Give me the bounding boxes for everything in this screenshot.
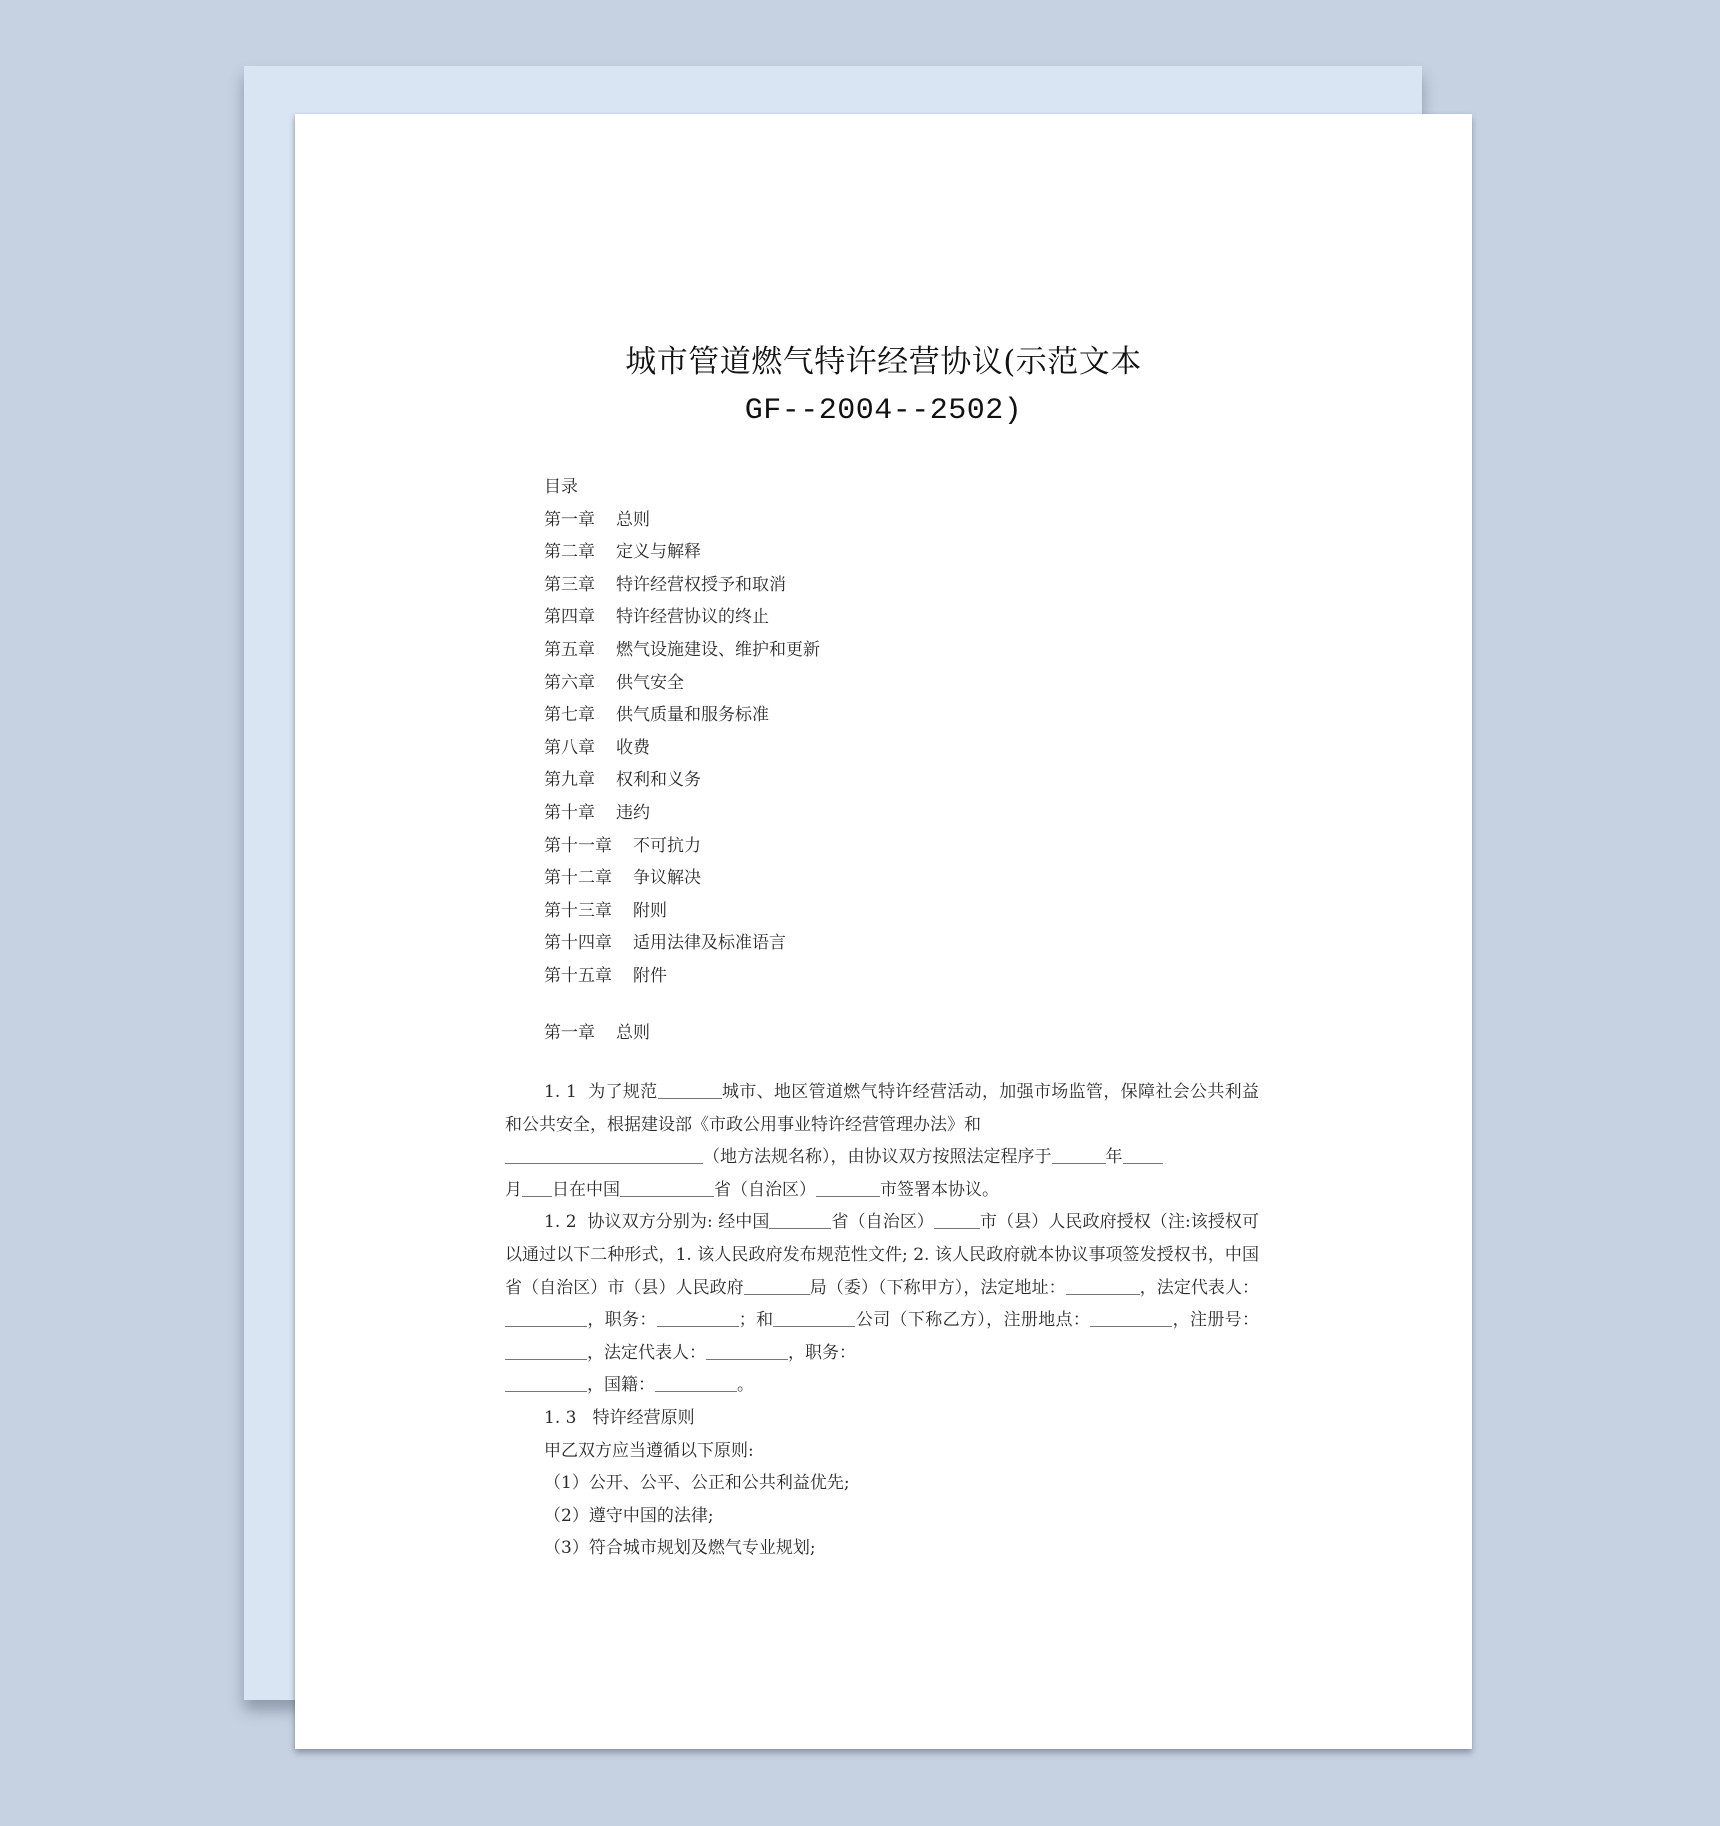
blank-field <box>655 1373 737 1392</box>
blank-field <box>522 1178 552 1197</box>
clause-1-2: 1. 2 协议双方分别为: 经中国省（自治区）市（县）人民政府授权（注:该授权可… <box>505 1206 1259 1402</box>
principle-item: （3）符合城市规划及燃气专业规划; <box>505 1532 1259 1565</box>
document-title: 城市管道燃气特许经营协议(示范文本 <box>295 336 1472 381</box>
principle-item: （2）遵守中国的法律; <box>505 1500 1259 1533</box>
blank-field <box>505 1373 587 1392</box>
document-body: 1. 1 为了规范城市、地区管道燃气特许经营活动，加强市场监管，保障社会公共利益… <box>505 1076 1259 1565</box>
toc-item: 第八章收费 <box>544 732 820 765</box>
clause-1-3-intro: 甲乙双方应当遵循以下原则: <box>505 1435 1259 1468</box>
blank-field <box>744 1276 810 1295</box>
blank-field <box>657 1308 739 1327</box>
toc-heading: 目录 <box>544 471 820 504</box>
toc-item: 第五章燃气设施建设、维护和更新 <box>544 634 820 667</box>
toc-item: 第十一章不可抗力 <box>544 830 820 863</box>
blank-field <box>505 1308 587 1327</box>
blank-field <box>769 1210 831 1229</box>
chapter-heading: 第一章总则 <box>544 1017 650 1050</box>
document-code: GF--2004--2502) <box>295 394 1472 428</box>
blank-field <box>505 1341 587 1360</box>
blank-field <box>1066 1276 1140 1295</box>
toc-item: 第二章定义与解释 <box>544 536 820 569</box>
toc-item: 第三章特许经营权授予和取消 <box>544 569 820 602</box>
table-of-contents: 目录 第一章总则 第二章定义与解释 第三章特许经营权授予和取消 第四章特许经营协… <box>544 471 820 993</box>
principle-item: （1）公开、公平、公正和公共利益优先; <box>505 1467 1259 1500</box>
toc-item: 第十章违约 <box>544 797 820 830</box>
blank-field <box>1052 1145 1106 1164</box>
blank-field <box>1090 1308 1172 1327</box>
toc-item: 第十四章适用法律及标准语言 <box>544 927 820 960</box>
toc-item: 第十五章附件 <box>544 960 820 993</box>
toc-item: 第九章权利和义务 <box>544 764 820 797</box>
blank-field <box>505 1145 703 1164</box>
toc-item: 第十二章争议解决 <box>544 862 820 895</box>
toc-item: 第四章特许经营协议的终止 <box>544 601 820 634</box>
toc-item: 第六章供气安全 <box>544 667 820 700</box>
blank-field <box>1123 1145 1163 1164</box>
blank-field <box>706 1341 788 1360</box>
clause-1-3-heading: 1. 3 特许经营原则 <box>505 1402 1259 1435</box>
toc-item: 第一章总则 <box>544 504 820 537</box>
toc-item: 第七章供气质量和服务标准 <box>544 699 820 732</box>
blank-field <box>620 1178 714 1197</box>
blank-field <box>658 1080 722 1099</box>
document-page: 城市管道燃气特许经营协议(示范文本 GF--2004--2502) 目录 第一章… <box>295 114 1472 1749</box>
blank-field <box>934 1210 980 1229</box>
clause-1-1: 1. 1 为了规范城市、地区管道燃气特许经营活动，加强市场监管，保障社会公共利益… <box>505 1076 1259 1206</box>
blank-field <box>816 1178 880 1197</box>
blank-field <box>773 1308 855 1327</box>
toc-item: 第十三章附则 <box>544 895 820 928</box>
